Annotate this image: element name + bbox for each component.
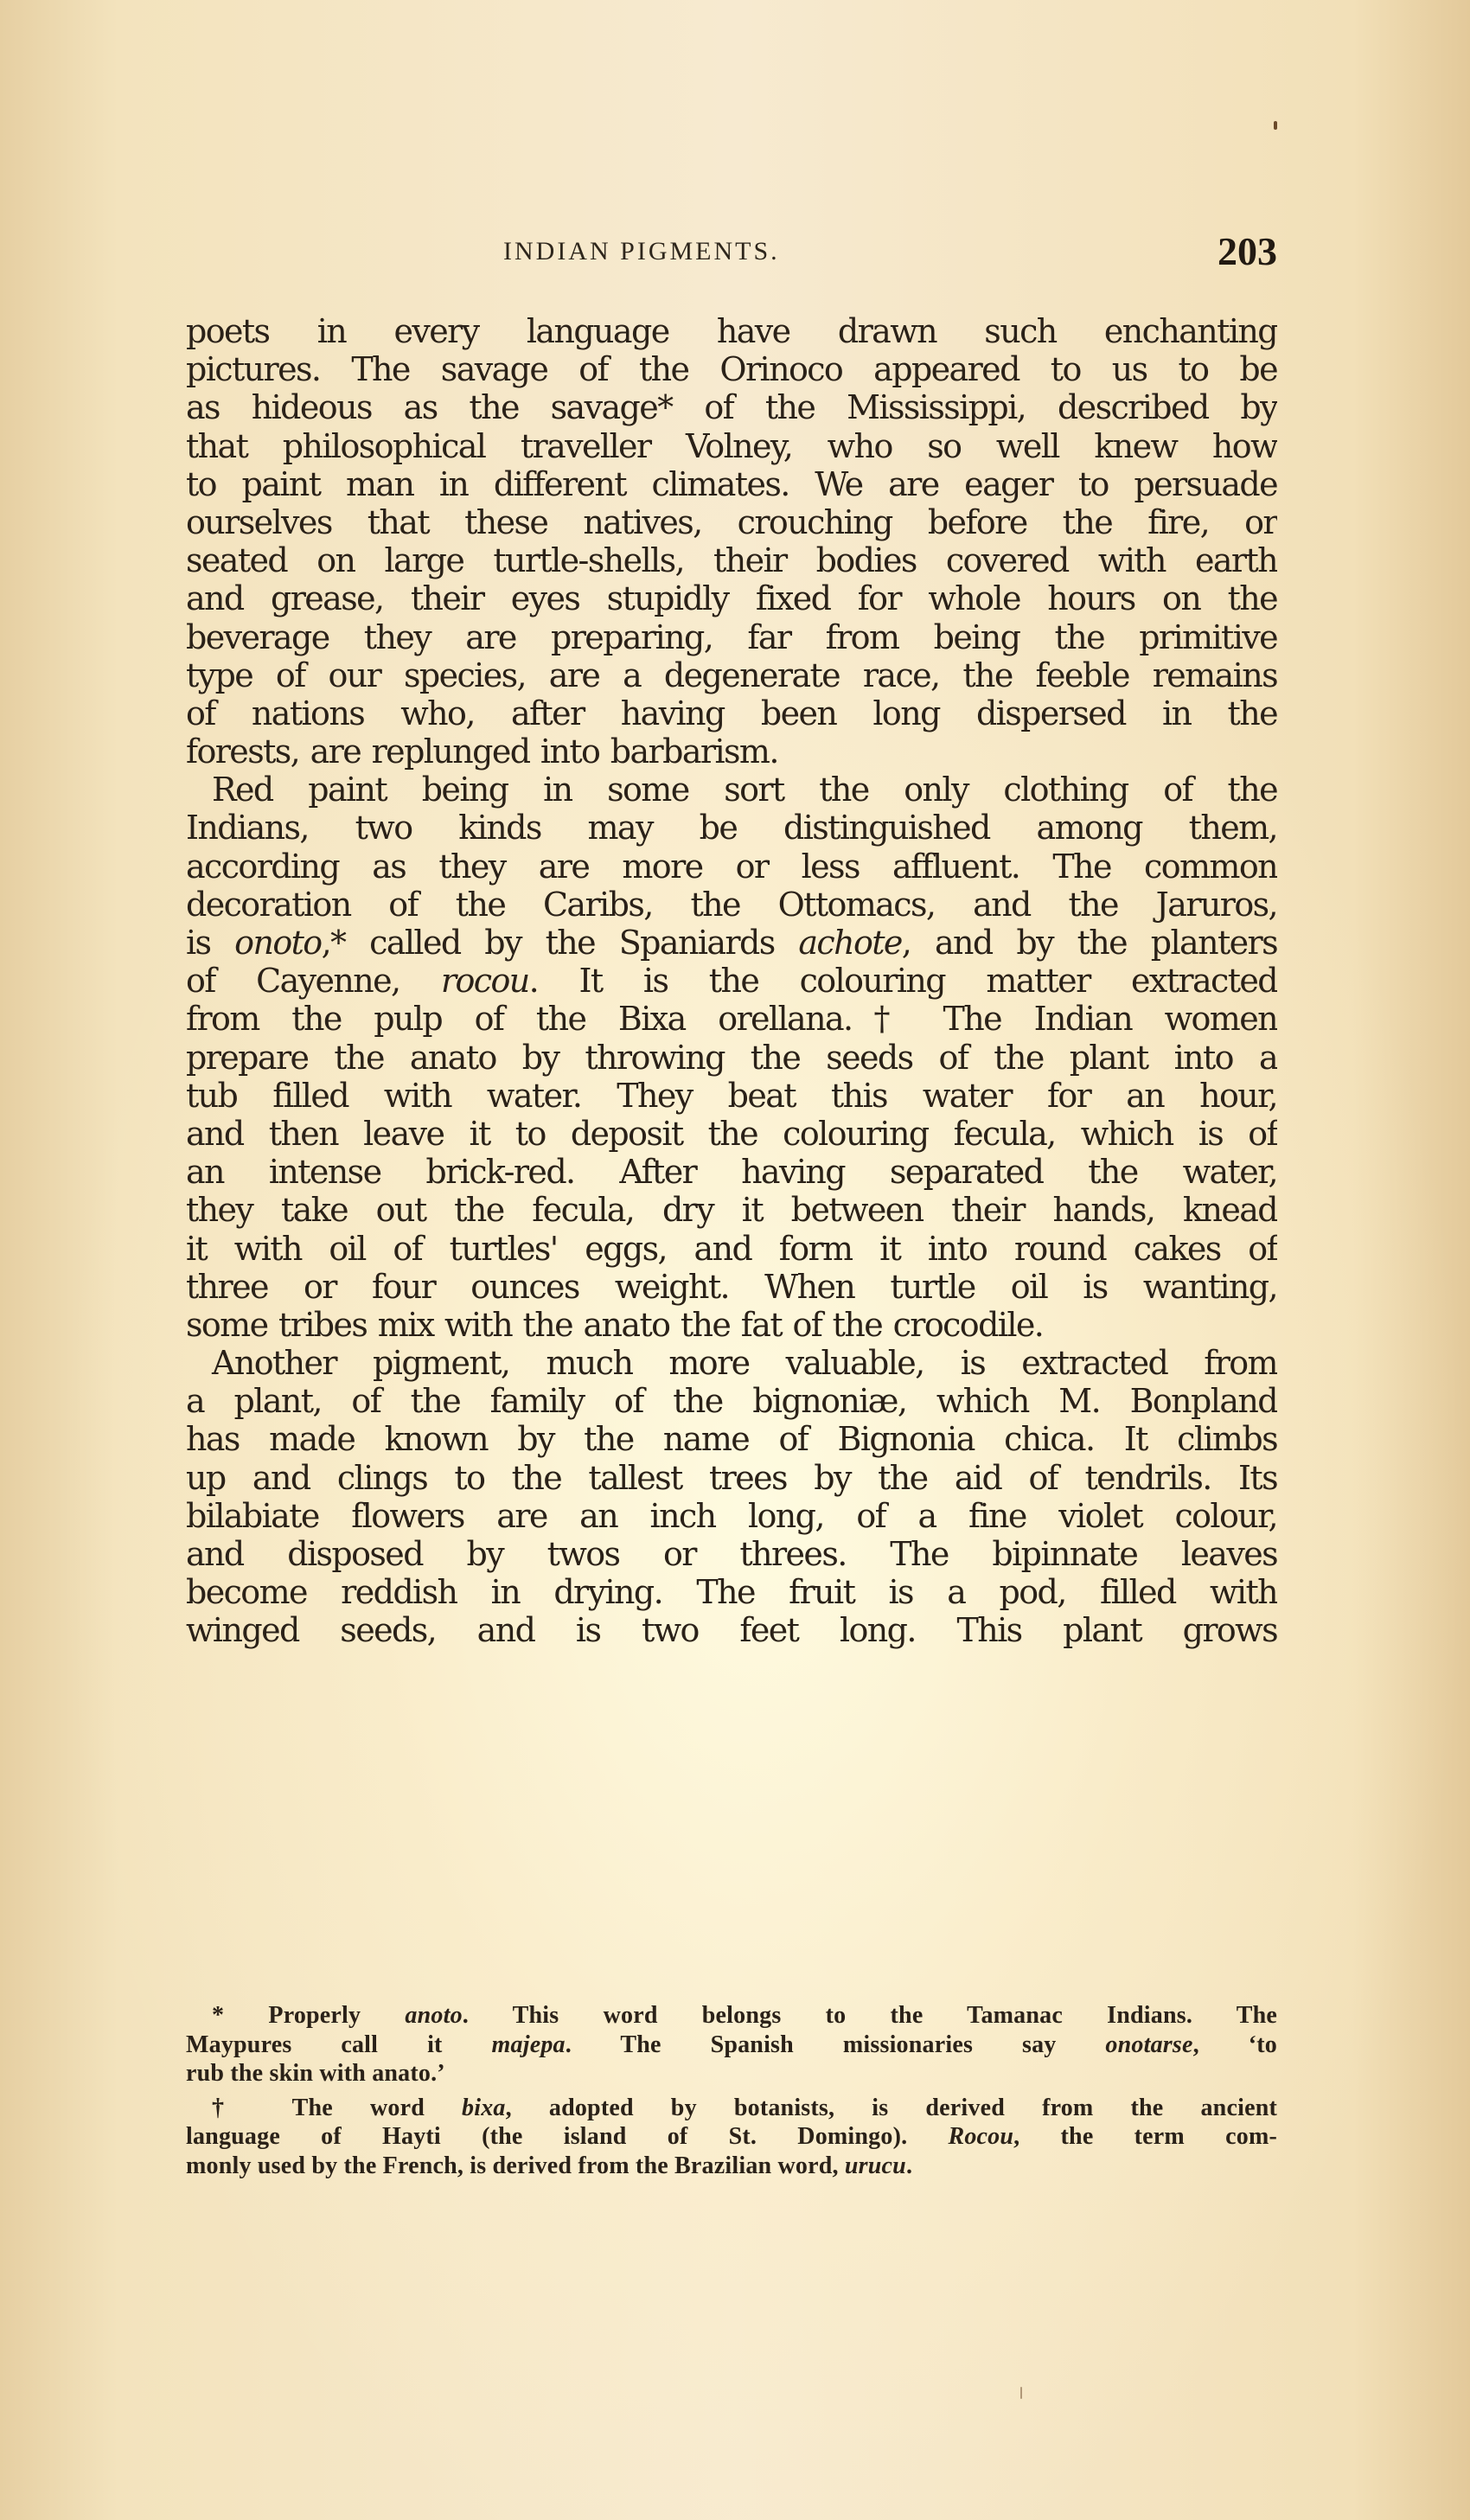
paragraph-start-line: Red paint being in some sort the only cl…	[186, 771, 1277, 809]
body-line: pictures. The savage of the Orinoco appe…	[186, 350, 1277, 388]
footnotes: * Properly anoto. This word belongs to t…	[186, 2001, 1277, 2180]
body-line: is onoto,* called by the Spaniards achot…	[186, 924, 1277, 962]
body-line: has made known by the name of Bignonia c…	[186, 1420, 1277, 1458]
body-line: up and clings to the tallest trees by th…	[186, 1459, 1277, 1497]
body-line: decoration of the Caribs, the Ottomacs, …	[186, 886, 1277, 924]
body-line: of Cayenne, rocou. It is the colouring m…	[186, 962, 1277, 1000]
body-line: a plant, of the family of the bignoniæ, …	[186, 1382, 1277, 1420]
body-line: some tribes mix with the anato the fat o…	[186, 1306, 1277, 1344]
running-title: INDIAN PIGMENTS.	[503, 237, 780, 266]
footnote-1-line: * Properly anoto. This word belongs to t…	[186, 2001, 1277, 2031]
body-line: and grease, their eyes stupidly fixed fo…	[186, 579, 1277, 617]
body-line: poets in every language have drawn such …	[186, 312, 1277, 350]
body-line: winged seeds, and is two feet long. This…	[186, 1611, 1277, 1649]
body-line: type of our species, are a degenerate ra…	[186, 656, 1277, 694]
body-line: from the pulp of the Bixa orellana.† The…	[186, 1000, 1277, 1038]
body-line: prepare the anato by throwing the seeds …	[186, 1039, 1277, 1077]
body-line: Indians, two kinds may be distinguished …	[186, 809, 1277, 847]
body-line: of nations who, after having been long d…	[186, 694, 1277, 732]
body-line: seated on large turtle-shells, their bod…	[186, 541, 1277, 579]
paper-speck	[1274, 121, 1277, 130]
body-line: beverage they are preparing, far from be…	[186, 618, 1277, 656]
body-line: they take out the fecula, dry it between…	[186, 1191, 1277, 1229]
body-line: to paint man in different climates. We a…	[186, 465, 1277, 503]
body-text: poets in every language have drawn such …	[186, 312, 1277, 1650]
body-line: tub filled with water. They beat this wa…	[186, 1077, 1277, 1115]
page-number: 203	[1218, 228, 1277, 274]
paragraph-start-line: Another pigment, much more valuable, is …	[186, 1344, 1277, 1382]
body-line: that philosophical traveller Volney, who…	[186, 427, 1277, 465]
body-line: and then leave it to deposit the colouri…	[186, 1115, 1277, 1153]
footnote-2-line: monly used by the French, is derived fro…	[186, 2152, 1277, 2181]
body-line: it with oil of turtles' eggs, and form i…	[186, 1230, 1277, 1268]
body-line: an intense brick-red. After having separ…	[186, 1153, 1277, 1191]
footnote-2-line: † The word bixa, adopted by botanists, i…	[186, 2094, 1277, 2123]
body-line: become reddish in drying. The fruit is a…	[186, 1573, 1277, 1611]
body-line: ourselves that these natives, crouching …	[186, 503, 1277, 541]
body-line: as hideous as the savage* of the Mississ…	[186, 388, 1277, 426]
paper-speck	[1020, 2387, 1022, 2399]
book-page: INDIAN PIGMENTS. 203 poets in every lang…	[0, 0, 1470, 2520]
footnote-2-line: language of Hayti (the island of St. Dom…	[186, 2122, 1277, 2152]
running-head: INDIAN PIGMENTS. 203	[186, 232, 1277, 275]
body-line: forests, are replunged into barbarism.	[186, 732, 1277, 771]
body-line: according as they are more or less afflu…	[186, 847, 1277, 886]
body-line: three or four ounces weight. When turtle…	[186, 1268, 1277, 1306]
footnote-1-line: Maypures call it majepa. The Spanish mis…	[186, 2031, 1277, 2060]
body-line: and disposed by twos or threes. The bipi…	[186, 1535, 1277, 1573]
footnote-1-line: rub the skin with anato.’	[186, 2059, 1277, 2088]
body-line: bilabiate flowers are an inch long, of a…	[186, 1497, 1277, 1535]
